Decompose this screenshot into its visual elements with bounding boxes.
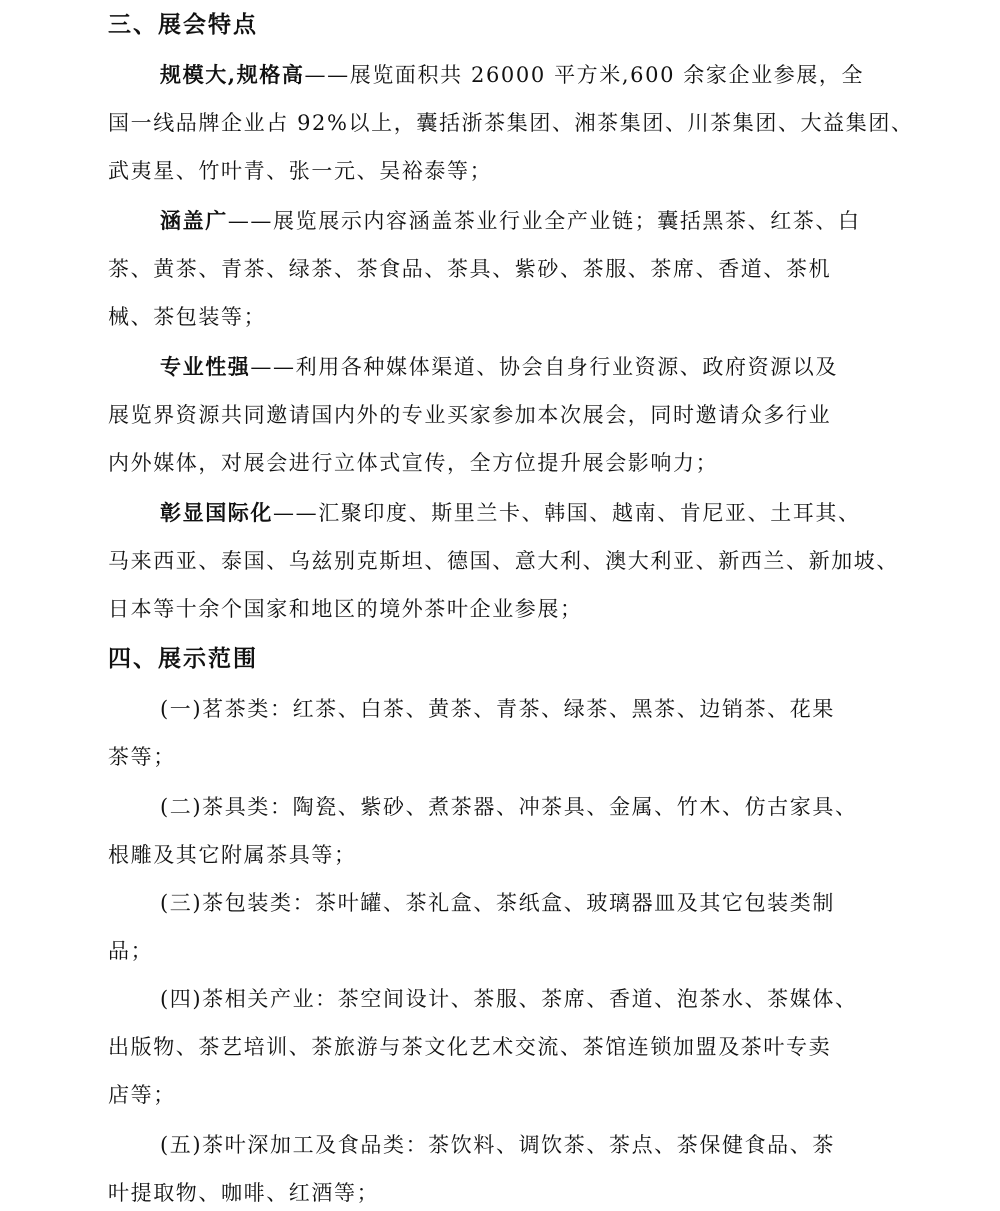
dash: —— (273, 501, 318, 525)
document-page: 三、展会特点 规模大,规格高——展览面积共 26000 平方米,600 余家企业… (0, 0, 1000, 1211)
category-processing-line-1: (五)茶叶深加工及食品类：茶饮料、调饮茶、茶点、茶保健食品、茶 (160, 1130, 908, 1160)
feature-scale-line-1: 规模大,规格高——展览面积共 26000 平方米,600 余家企业参展，全 (160, 60, 908, 90)
category-packaging-line-1: (三)茶包装类：茶叶罐、茶礼盒、茶纸盒、玻璃器皿及其它包装类制 (160, 888, 908, 918)
category-teaware-line-1: (二)茶具类：陶瓷、紫砂、煮茶器、冲茶具、金属、竹木、仿古家具、 (160, 792, 908, 822)
feature-title: 彰显国际化 (160, 500, 273, 525)
feature-scale-line-3: 武夷星、竹叶青、张一元、吴裕泰等； (108, 156, 908, 186)
feature-text: 展览展示内容涵盖茶业行业全产业链；囊括黑茶、红茶、白 (273, 209, 861, 233)
feature-text: 汇聚印度、斯里兰卡、韩国、越南、肯尼亚、土耳其、 (318, 501, 860, 525)
category-tea-line-2: 茶等； (108, 742, 908, 772)
feature-title: 专业性强 (160, 354, 250, 379)
section-heading-scope: 四、展示范围 (108, 644, 908, 674)
category-related-line-1: (四)茶相关产业：茶空间设计、茶服、茶席、香道、泡茶水、茶媒体、 (160, 984, 908, 1014)
feature-professional-line-2: 展览界资源共同邀请国内外的专业买家参加本次展会，同时邀请众多行业 (108, 400, 908, 430)
feature-professional-line-3: 内外媒体，对展会进行立体式宣传，全方位提升展会影响力； (108, 448, 908, 478)
category-tea-line-1: (一)茗茶类：红茶、白茶、黄茶、青茶、绿茶、黑茶、边销茶、花果 (160, 694, 908, 724)
dash: —— (305, 63, 350, 87)
feature-text: 展览面积共 26000 平方米,600 余家企业参展，全 (350, 63, 864, 87)
feature-scale-line-2: 国一线品牌企业占 92%以上，囊括浙茶集团、湘茶集团、川茶集团、大益集团、 (108, 108, 908, 138)
section-heading-features: 三、展会特点 (108, 10, 908, 40)
feature-coverage-line-1: 涵盖广——展览展示内容涵盖茶业行业全产业链；囊括黑茶、红茶、白 (160, 206, 908, 236)
feature-professional-line-1: 专业性强——利用各种媒体渠道、协会自身行业资源、政府资源以及 (160, 352, 908, 382)
dash: —— (250, 355, 295, 379)
feature-international-line-3: 日本等十余个国家和地区的境外茶叶企业参展； (108, 594, 908, 624)
category-related-line-2: 出版物、茶艺培训、茶旅游与茶文化艺术交流、茶馆连锁加盟及茶叶专卖 (108, 1032, 908, 1062)
category-teaware-line-2: 根雕及其它附属茶具等； (108, 840, 908, 870)
feature-title: 规模大,规格高 (160, 62, 305, 87)
feature-international-line-2: 马来西亚、泰国、乌兹别克斯坦、德国、意大利、澳大利亚、新西兰、新加坡、 (108, 546, 908, 576)
dash: —— (228, 209, 273, 233)
category-processing-line-2: 叶提取物、咖啡、红酒等； (108, 1178, 908, 1208)
category-related-line-3: 店等； (108, 1080, 908, 1110)
feature-international-line-1: 彰显国际化——汇聚印度、斯里兰卡、韩国、越南、肯尼亚、土耳其、 (160, 498, 908, 528)
feature-text: 利用各种媒体渠道、协会自身行业资源、政府资源以及 (296, 355, 838, 379)
feature-coverage-line-2: 茶、黄茶、青茶、绿茶、茶食品、茶具、紫砂、茶服、茶席、香道、茶机 (108, 254, 908, 284)
feature-coverage-line-3: 械、茶包装等； (108, 302, 908, 332)
feature-title: 涵盖广 (160, 208, 228, 233)
category-packaging-line-2: 品； (108, 936, 908, 966)
